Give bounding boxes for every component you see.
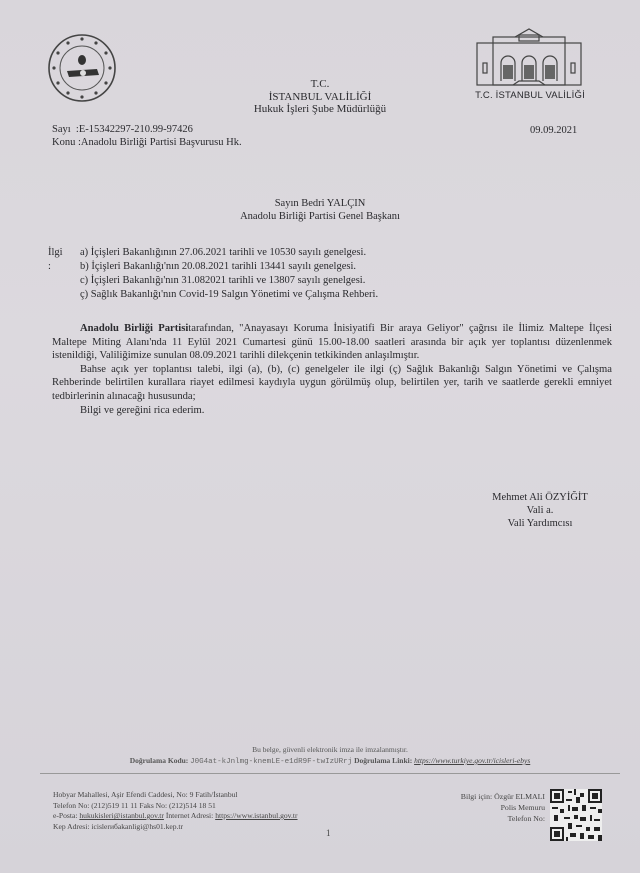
- sayi-value: :E-15342297-210.99-97426: [76, 124, 193, 135]
- verification-line: Doğrulama Kodu: J0G4at-kJnlmg-knemLE-e1d…: [70, 755, 590, 768]
- sayi-line: Sayı :E-15342297-210.99-97426: [52, 124, 242, 137]
- document-date: 09.09.2021: [530, 125, 577, 136]
- letter-body: Anadolu Birliği Partisitarafından, "Anay…: [52, 322, 612, 417]
- web-label: İnternet Adresi:: [166, 811, 213, 820]
- signatory-name: Mehmet Ali ÖZYİĞİT: [470, 491, 610, 504]
- addressee-name: Sayın Bedri YALÇIN: [220, 197, 420, 210]
- konu-label: Konu: [52, 137, 75, 148]
- reference-item: c) İçişleri Bakanlığı'nın 31.082021 tari…: [80, 274, 378, 288]
- web-link[interactable]: https://www.istanbul.gov.tr: [215, 811, 297, 820]
- party-name: Anadolu Birliği Partisi: [80, 323, 188, 334]
- verification-link-label: Doğrulama Linki:: [354, 756, 412, 765]
- signatory-line2: Vali a.: [470, 504, 610, 517]
- footer-phone: Telefon No: (212)519 11 11 Faks No: (212…: [53, 801, 298, 812]
- konu-value: :Anadolu Birliği Partisi Başvurusu Hk.: [78, 137, 242, 148]
- body-paragraph-1: Anadolu Birliği Partisitarafından, "Anay…: [52, 322, 612, 363]
- e-signature-note: Bu belge, güvenli elektronik imza ile im…: [70, 744, 590, 755]
- info-contact: Bilgi için: Özgür ELMALI Polis Memuru Te…: [445, 791, 545, 824]
- header-line-governorship: İSTANBUL VALİLİĞİ: [220, 91, 420, 104]
- qr-code: [550, 789, 602, 841]
- reference-item: b) İçişleri Bakanlığı'nın 20.08.2021 tar…: [80, 260, 378, 274]
- info-contact-role: Polis Memuru: [445, 802, 545, 813]
- info-contact-name: Bilgi için: Özgür ELMALI: [445, 791, 545, 802]
- header-line-tc: T.C.: [220, 78, 420, 91]
- document-meta: Sayı :E-15342297-210.99-97426 Konu :Anad…: [52, 124, 242, 149]
- header-line-department: Hukuk İşleri Şube Müdürlüğü: [220, 103, 420, 116]
- signature-block: Mehmet Ali ÖZYİĞİT Vali a. Vali Yardımcı…: [470, 491, 610, 530]
- reference-item: a) İçişleri Bakanlığının 27.06.2021 tari…: [80, 246, 378, 260]
- info-contact-phone: Telefon No:: [445, 813, 545, 824]
- body-paragraph-3: Bilgi ve gereğini rica ederim.: [52, 404, 612, 418]
- konu-line: Konu :Anadolu Birliği Partisi Başvurusu …: [52, 137, 242, 150]
- verification-code: J0G4at-kJnlmg-knemLE-e1dR9F-twIzURrj: [190, 758, 352, 766]
- email-label: e-Posta:: [53, 811, 77, 820]
- footer-divider: [40, 773, 620, 774]
- sayi-label: Sayı: [52, 124, 71, 135]
- email-link[interactable]: hukukisleri@istanbul.gov.tr: [79, 811, 164, 820]
- building-logo-caption: T.C. İSTANBUL VALİLİĞİ: [474, 90, 586, 101]
- footer-contact: Hobyar Mahallesi, Aşir Efendi Caddesi, N…: [53, 790, 298, 832]
- footer-kep: Kep Adresi: icislerибakanligi@hs01.kep.t…: [53, 822, 298, 833]
- signatory-title: Vali Yardımcısı: [470, 517, 610, 530]
- document-header: T.C. İSTANBUL VALİLİĞİ Hukuk İşleri Şube…: [220, 78, 420, 116]
- reference-item: ç) Sağlık Bakanlığı'nın Covid-19 Salgın …: [80, 288, 378, 302]
- references-label: İlgi :: [48, 246, 63, 274]
- body-paragraph-2: Bahse açık yer toplantısı talebi, ilgi (…: [52, 363, 612, 404]
- page-number: 1: [326, 828, 331, 838]
- footer-address: Hobyar Mahallesi, Aşir Efendi Caddesi, N…: [53, 790, 298, 801]
- addressee: Sayın Bedri YALÇIN Anadolu Birliği Parti…: [220, 197, 420, 223]
- footer-email-web: e-Posta: hukukisleri@istanbul.gov.tr İnt…: [53, 811, 298, 822]
- ministry-seal-logo: [47, 33, 117, 103]
- verification-link[interactable]: https://www.turkiye.gov.tr/icisleri-ebys: [414, 756, 530, 765]
- addressee-title: Anadolu Birliği Partisi Genel Başkanı: [220, 210, 420, 223]
- verification-block: Bu belge, güvenli elektronik imza ile im…: [70, 744, 590, 768]
- verification-code-label: Doğrulama Kodu:: [130, 756, 189, 765]
